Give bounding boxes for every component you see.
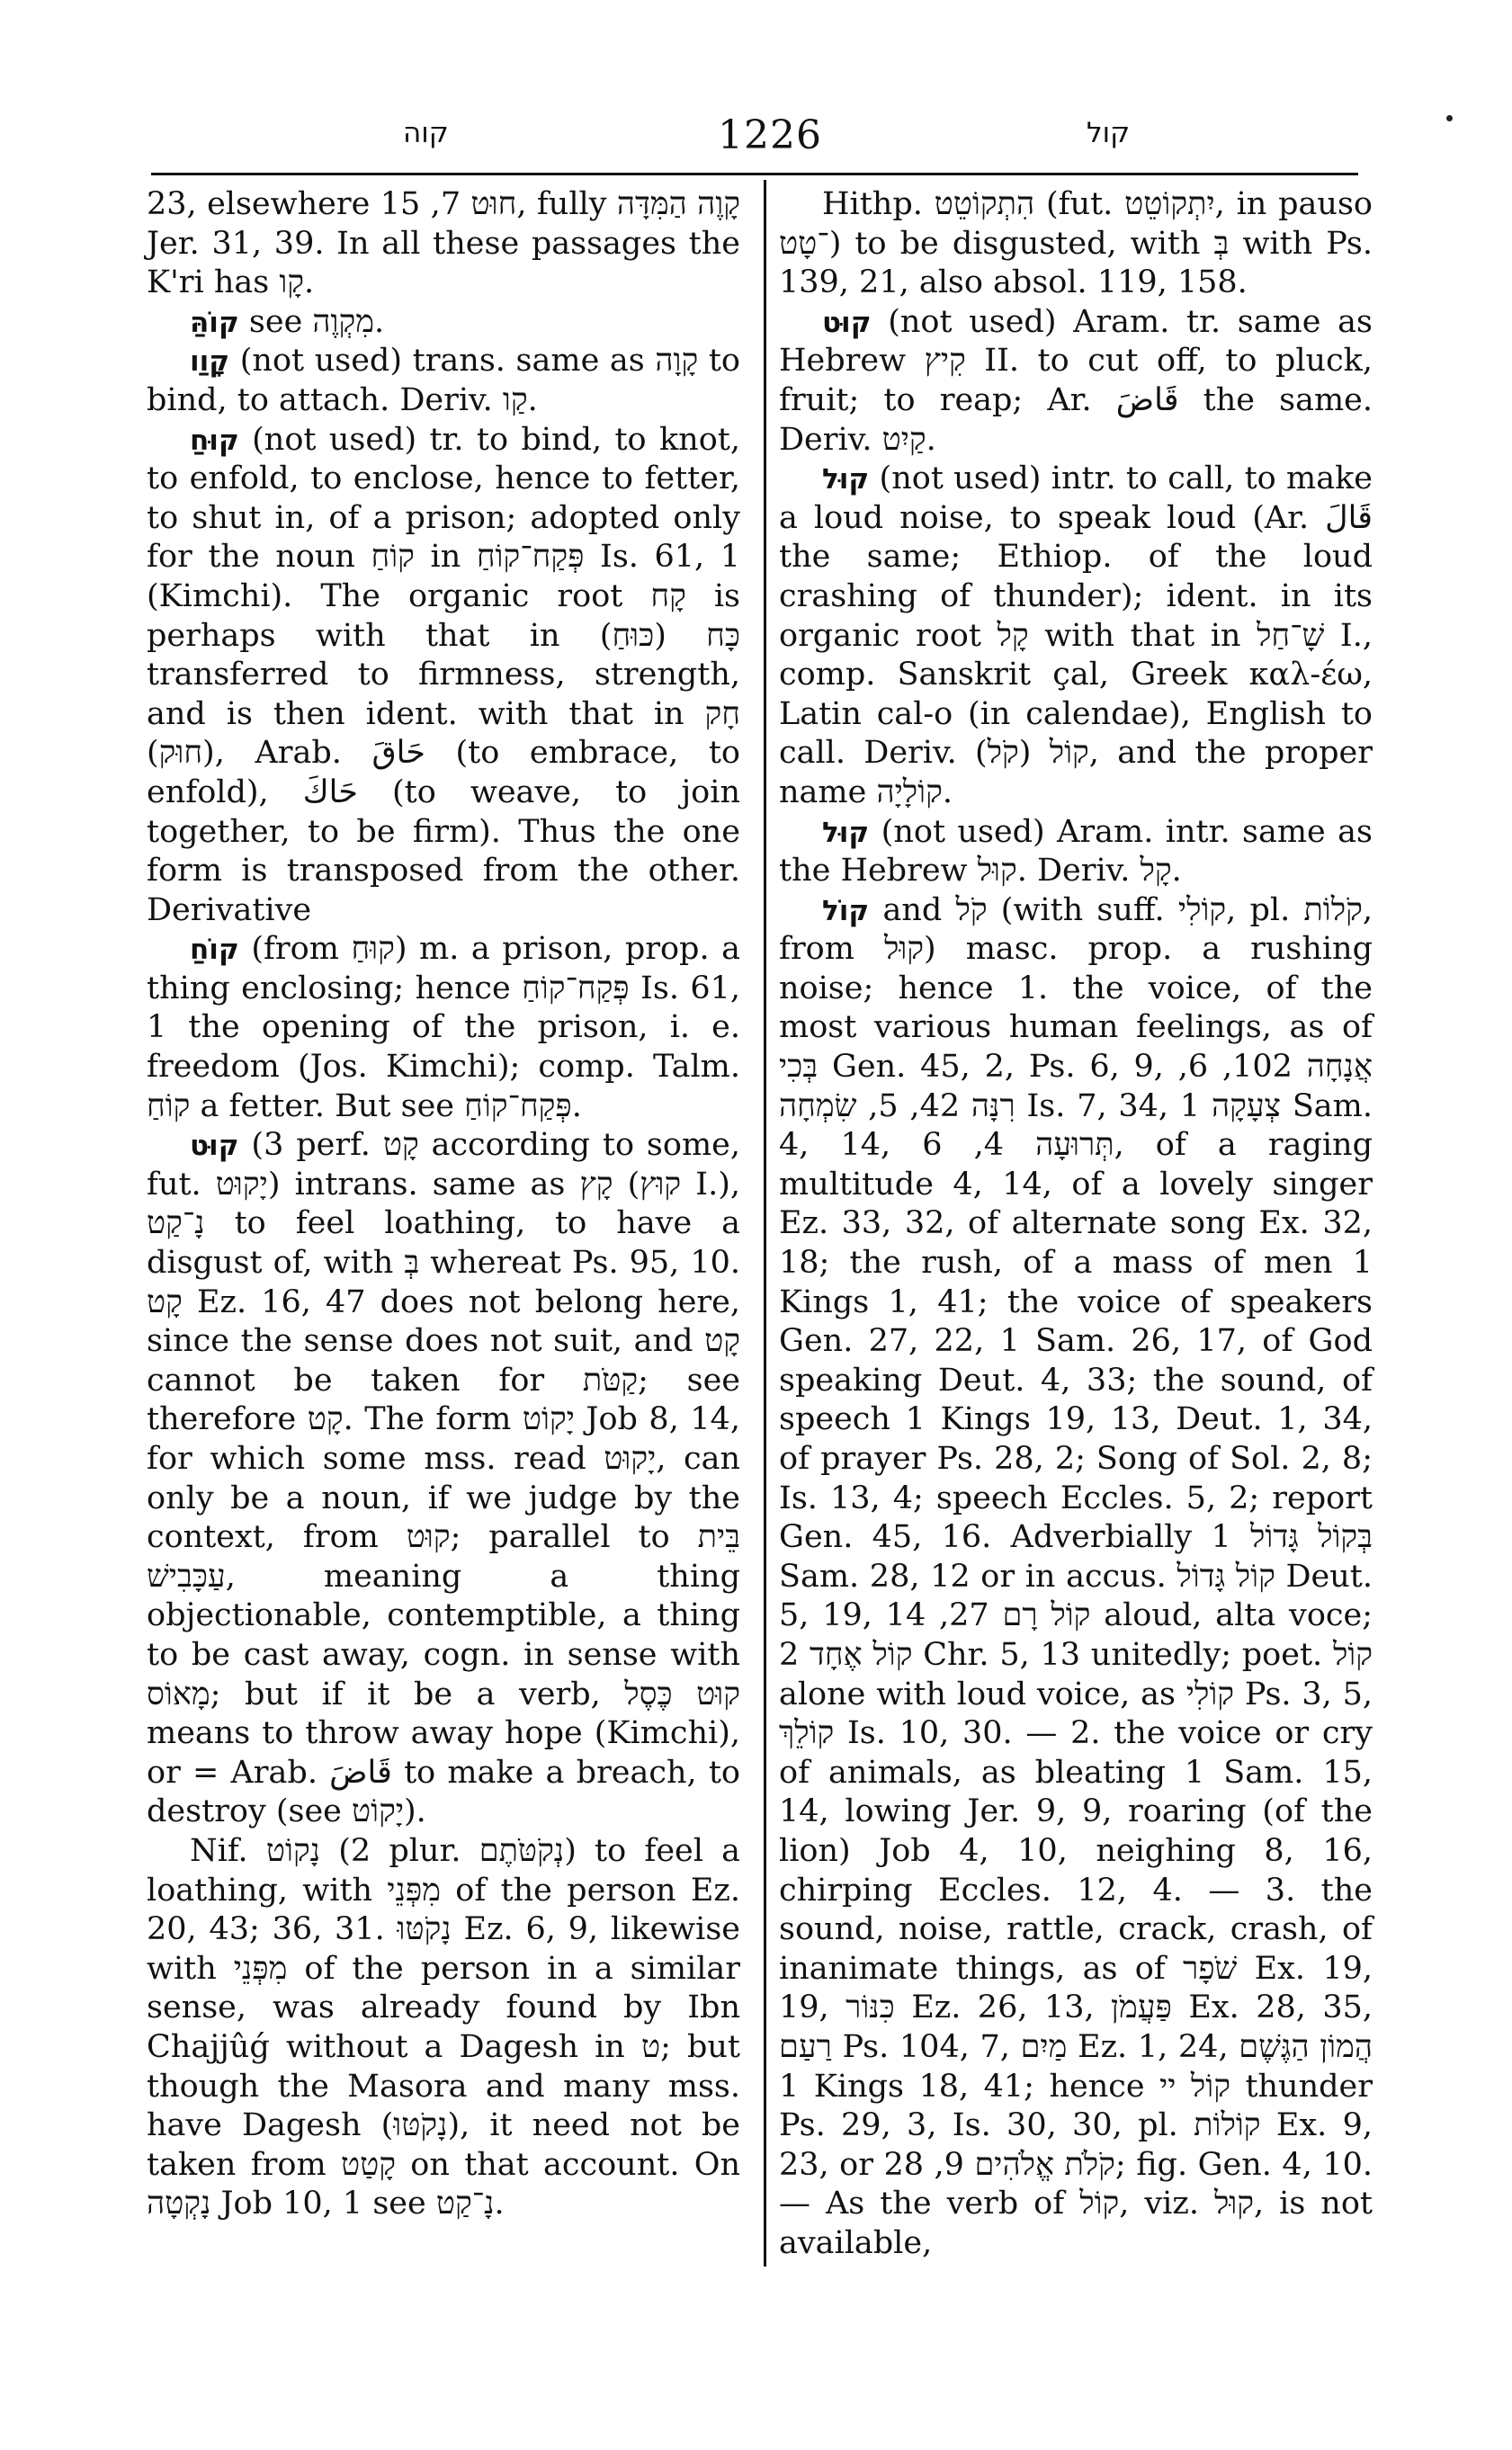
page-number: 1226 [718, 113, 822, 158]
right-column: Hithp. הִתְקוֹטֵט (fut. יִתְקוֹטֵט, in p… [779, 185, 1373, 2263]
headword: קוּט [190, 1130, 239, 1162]
headword: קוּל [822, 463, 869, 496]
dictionary-paragraph: 23, elsewhere חוּט 7, 15, fully קָוֶה הַ… [147, 185, 740, 303]
running-head-left: קוה [403, 106, 449, 160]
dictionary-entry: קָוַו (not used) trans. same as קָוָה to… [147, 342, 740, 420]
headword: קוֹהַּ [190, 307, 239, 339]
page-speck [1446, 115, 1453, 121]
dictionary-subentry: Nif. נָקוֹט (2 plur. נְקֹטֹּתֶם) to feel… [147, 1832, 740, 2224]
dictionary-entry: קוּט (not used) Aram. tr. same as Hebrew… [779, 303, 1373, 460]
dictionary-entry: קוֹהַּ see מִקְוֶה. [147, 303, 740, 343]
dictionary-entry: קוּל (not used) intr. to call, to make a… [779, 460, 1373, 812]
dictionary-entry: קוֹל and קֹל (with suff. קוֹלִי, pl. קֹל… [779, 891, 1373, 2264]
left-column: 23, elsewhere חוּט 7, 15, fully קָוֶה הַ… [147, 185, 740, 2224]
headword: קוּט [822, 307, 872, 339]
dictionary-entry: קוּט (3 perf. קָט according to some, fut… [147, 1126, 740, 1832]
dictionary-entry: קוֹחַ (from קוּחַ) m. a prison, prop. a … [147, 930, 740, 1126]
dictionary-subentry: Hithp. הִתְקוֹטֵט (fut. יִתְקוֹטֵט, in p… [779, 185, 1373, 303]
headword: קָוַו [190, 345, 229, 378]
dictionary-entry: קוּל (not used) Aram. intr. same as the … [779, 813, 1373, 891]
running-head-right: קול [1087, 106, 1130, 160]
dictionary-entry: קוּחַ (not used) tr. to bind, to knot, t… [147, 421, 740, 931]
header-rule [151, 173, 1358, 175]
headword: קוֹל [822, 895, 869, 927]
headword: קוּל [822, 817, 869, 849]
column-divider [764, 180, 766, 2267]
headword: קוֹחַ [190, 934, 239, 966]
headword: קוּחַ [190, 425, 239, 457]
running-header: קוה 1226 קול [151, 106, 1358, 171]
